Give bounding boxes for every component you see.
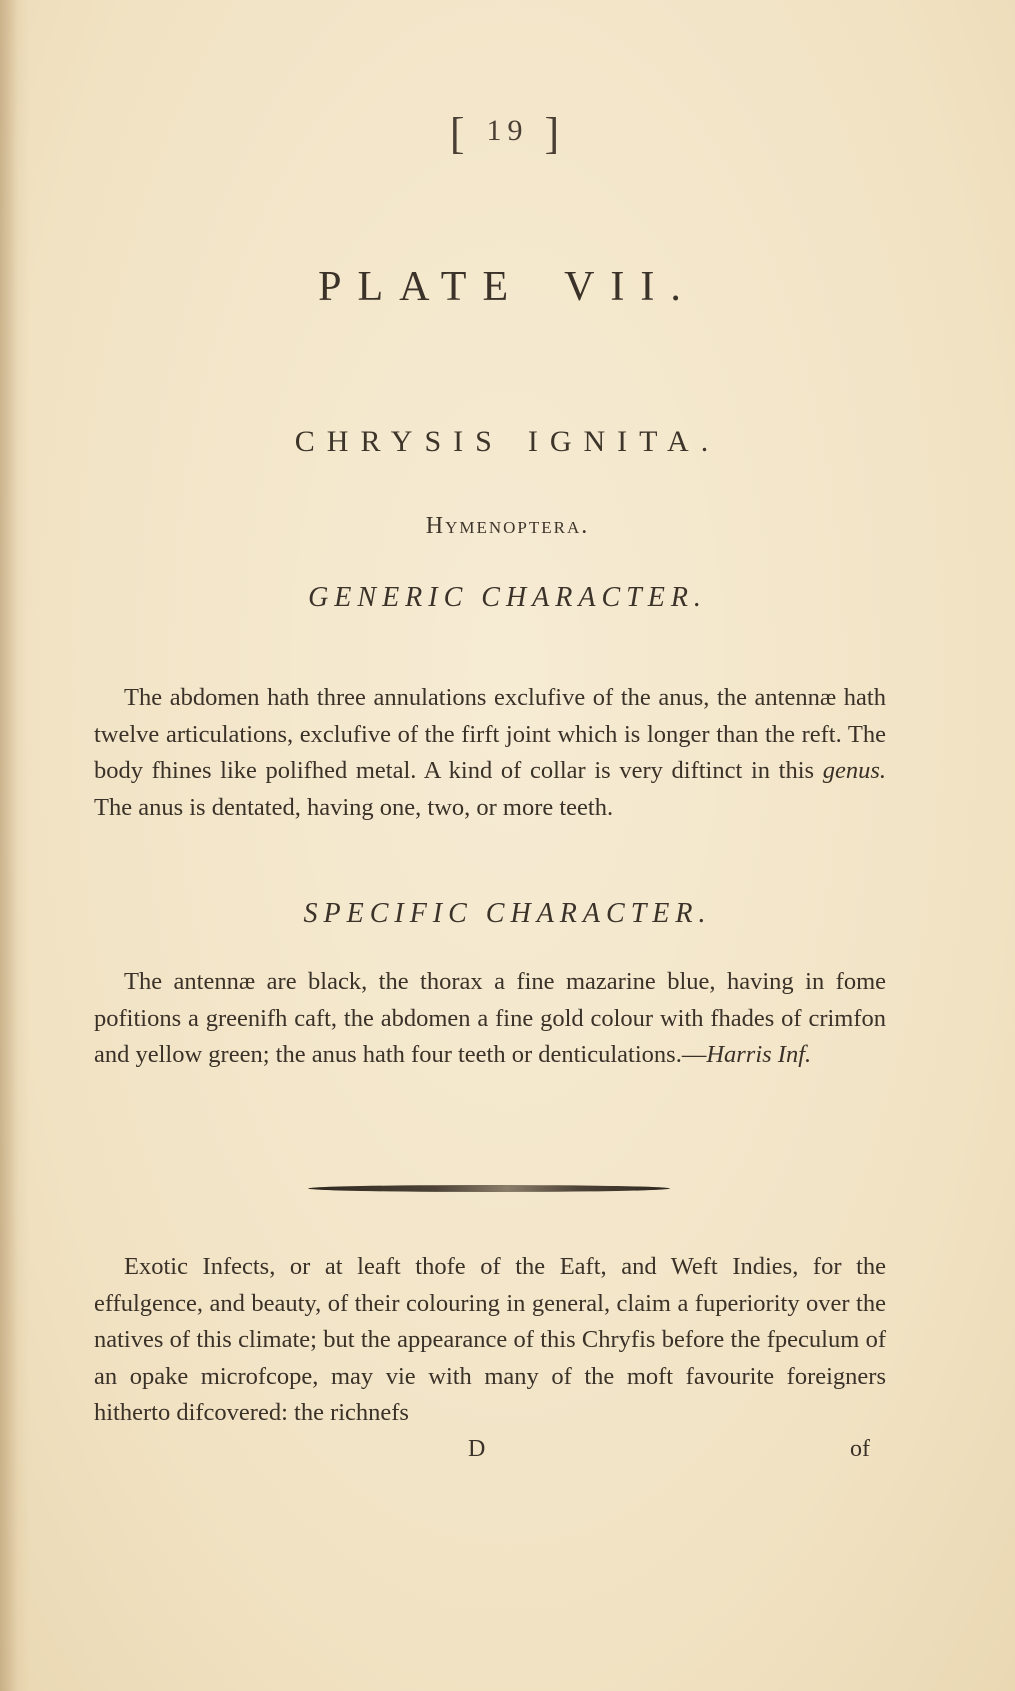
catchword: of (850, 1436, 870, 1463)
exotic-text: Exotic Infects, or at leaft thofe of the… (94, 1253, 886, 1426)
species-genus: CHRYSIS (295, 425, 504, 458)
specific-character-text: The antennæ are black, the thorax a fine… (94, 964, 886, 1074)
species-title: CHRYSISIGNITA. (0, 425, 1015, 459)
page-edge-shadow (0, 0, 18, 1691)
book-page: [ 19 ] PLATEVII. CHRYSISIGNITA. Hymenopt… (0, 0, 1015, 1691)
plate-numeral: VII. (564, 264, 697, 310)
generic-text-end: The anus is dentated, having one, two, o… (94, 794, 613, 821)
specific-character-heading: SPECIFIC CHARACTER. (0, 898, 1015, 930)
generic-character-text: The abdomen hath three annulations exclu… (94, 680, 886, 826)
specific-citation: Harris Inf. (706, 1041, 811, 1068)
generic-text-main: The abdomen hath three annulations exclu… (94, 684, 886, 784)
generic-character-heading: GENERIC CHARACTER. (0, 582, 1015, 614)
plate-word: PLATE (318, 264, 524, 310)
generic-text-italic: genus. (823, 757, 886, 784)
bracket-right: ] (545, 109, 566, 158)
exotic-insects-paragraph: Exotic Infects, or at leaft thofe of the… (94, 1249, 886, 1432)
plate-title: PLATEVII. (0, 263, 1015, 311)
insect-order: Hymenoptera. (0, 513, 1015, 540)
page-number: [ 19 ] (0, 108, 1015, 159)
signature-mark: D (468, 1436, 485, 1463)
bracket-left: [ (450, 109, 471, 158)
species-name: IGNITA. (528, 425, 720, 458)
page-number-value: 19 (487, 114, 529, 147)
ornamental-rule (308, 1185, 670, 1192)
